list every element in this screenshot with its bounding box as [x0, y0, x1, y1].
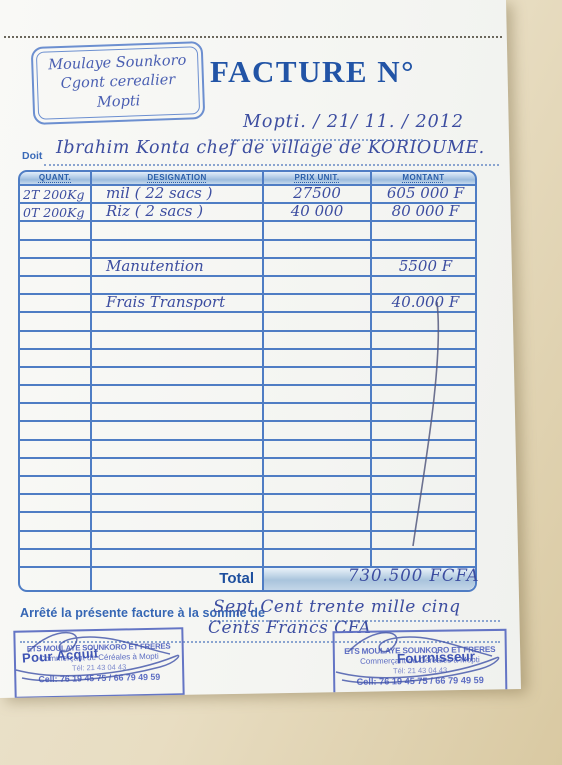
table-cell-quant: [20, 441, 92, 457]
table-cell-quant: [20, 532, 92, 548]
table-cell-montant: [372, 459, 475, 475]
merchant-city: Mopti: [97, 92, 141, 113]
merchant-role: Cgont cerealier: [60, 71, 175, 95]
table-cell-montant: [372, 495, 475, 511]
table-cell-designation: [92, 277, 264, 293]
table-row: [20, 495, 475, 513]
header-montant: MONTANT: [372, 172, 475, 184]
table-cell-quant: [20, 350, 92, 366]
table-cell-quant: [20, 332, 92, 348]
table-cell-quant: [20, 495, 92, 511]
paper-shadow-wrap: Moulaye Sounkoro Cgont cerealier Mopti F…: [0, 0, 522, 700]
table-cell-designation: [92, 532, 264, 548]
table-cell-quant: [20, 313, 92, 329]
table-cell-prix: 27500: [264, 186, 372, 202]
table-cell-montant: 80 000 F: [372, 204, 475, 220]
table-cell-quant: [20, 368, 92, 384]
table-cell-quant: [20, 477, 92, 493]
table-row: [20, 222, 475, 240]
table-cell-designation: [92, 422, 264, 438]
table-cell-montant: [372, 313, 475, 329]
table-cell-montant: [372, 404, 475, 420]
table-cell-designation: [92, 477, 264, 493]
table-cell-montant: [372, 222, 475, 238]
table-cell-quant: [20, 513, 92, 529]
table-row: [20, 313, 475, 331]
table-row: 0T 200KgRiz ( 2 sacs )40 00080 000 F: [20, 204, 475, 222]
billed-to-name: Ibrahim Konta chef de village de KORIOUM…: [56, 138, 485, 158]
table-cell-prix: [264, 477, 372, 493]
table-cell-quant: [20, 222, 92, 238]
table-cell-quant: [20, 277, 92, 293]
invoice-date: Mopti. / 21/ 11. / 2012: [243, 112, 464, 132]
table-row: [20, 350, 475, 368]
table-cell-designation: [92, 368, 264, 384]
table-cell-prix: [264, 550, 372, 566]
total-label: Total: [92, 568, 264, 590]
table-cell-montant: 605 000 F: [372, 186, 475, 202]
table-row: [20, 477, 475, 495]
table-cell-prix: [264, 441, 372, 457]
stamp-cell-phone: Cell: 76 19 45 75 / 66 79 49 59: [335, 675, 505, 687]
table-cell-montant: [372, 350, 475, 366]
table-cell-prix: [264, 532, 372, 548]
table-cell-quant: 0T 200Kg: [20, 204, 92, 220]
table-cell-montant: [372, 332, 475, 348]
table-cell-montant: [372, 513, 475, 529]
table-cell-montant: [372, 532, 475, 548]
table-cell-designation: [92, 513, 264, 529]
table-row: [20, 513, 475, 531]
table-cell-designation: [92, 313, 264, 329]
table-cell-designation: [92, 241, 264, 257]
table-cell-quant: [20, 295, 92, 311]
table-cell-montant: [372, 241, 475, 257]
table-cell-prix: [264, 313, 372, 329]
table-row: [20, 532, 475, 550]
fournisseur-label: Fournisseur: [397, 649, 475, 667]
invoice-paper: Moulaye Sounkoro Cgont cerealier Mopti F…: [0, 0, 522, 700]
total-amount: 730.500 FCFA: [348, 566, 479, 585]
stamp-cell-phone: Cell: 76 19 45 75 / 66 79 49 59: [16, 671, 182, 684]
table-cell-prix: [264, 459, 372, 475]
perforation-dotted-line: [4, 36, 502, 38]
table-cell-montant: [372, 550, 475, 566]
table-cell-montant: 40.000 F: [372, 295, 475, 311]
table-cell-prix: [264, 277, 372, 293]
table-cell-designation: [92, 550, 264, 566]
doit-label: Doit: [22, 150, 42, 162]
table-cell-quant: [20, 422, 92, 438]
table-cell-montant: [372, 422, 475, 438]
table-row: [20, 441, 475, 459]
amount-in-words-line1: Sept Cent trente mille cinq: [213, 597, 461, 617]
header-quant: QUANT.: [20, 172, 92, 184]
table-cell-designation: Manutention: [92, 259, 264, 275]
table-cell-prix: [264, 386, 372, 402]
table-cell-quant: 2T 200Kg: [20, 186, 92, 202]
table-cell-prix: [264, 332, 372, 348]
total-shaded-area: 730.500 FCFA: [264, 568, 475, 590]
table-cell-montant: [372, 386, 475, 402]
table-cell-quant: [20, 241, 92, 257]
table-cell-designation: mil ( 22 sacs ): [92, 186, 264, 202]
header-prix-unit: PRIX UNIT.: [264, 172, 372, 184]
table-cell-prix: [264, 222, 372, 238]
table-cell-designation: Frais Transport: [92, 295, 264, 311]
table-cell-montant: [372, 277, 475, 293]
table-cell-designation: [92, 350, 264, 366]
merchant-stamp-box-inner: Moulaye Sounkoro Cgont cerealier Mopti: [36, 46, 200, 120]
table-row: Manutention5500 F: [20, 259, 475, 277]
table-cell-designation: [92, 386, 264, 402]
table-cell-prix: [264, 495, 372, 511]
table-row: [20, 386, 475, 404]
table-cell-quant: [20, 550, 92, 566]
table-cell-prix: [264, 513, 372, 529]
table-cell-prix: [264, 259, 372, 275]
table-cell-prix: [264, 350, 372, 366]
table-cell-designation: [92, 441, 264, 457]
supplier-stamp-right: ETS MOULAYE SOUNKORO ET FRERES Commerçan…: [333, 629, 508, 703]
table-cell-montant: [372, 368, 475, 384]
total-spacer-cell: [20, 568, 92, 590]
table-cell-quant: [20, 404, 92, 420]
header-designation: DESIGNATION: [92, 172, 264, 184]
table-row: [20, 422, 475, 440]
invoice-table-body: 2T 200Kgmil ( 22 sacs )27500605 000 F0T …: [18, 186, 477, 568]
table-cell-designation: [92, 332, 264, 348]
table-cell-designation: [92, 459, 264, 475]
table-cell-prix: [264, 241, 372, 257]
table-row: [20, 332, 475, 350]
invoice-table: QUANT. DESIGNATION PRIX UNIT. MONTANT 2T…: [18, 170, 477, 592]
table-total-row: Total 730.500 FCFA: [18, 568, 477, 592]
table-cell-montant: 5500 F: [372, 259, 475, 275]
table-cell-prix: [264, 295, 372, 311]
table-cell-designation: [92, 222, 264, 238]
merchant-stamp-box: Moulaye Sounkoro Cgont cerealier Mopti: [31, 41, 206, 125]
table-row: [20, 404, 475, 422]
table-cell-designation: [92, 404, 264, 420]
table-row: Frais Transport40.000 F: [20, 295, 475, 313]
table-cell-montant: [372, 441, 475, 457]
table-row: [20, 459, 475, 477]
table-cell-designation: [92, 495, 264, 511]
table-cell-designation: Riz ( 2 sacs ): [92, 204, 264, 220]
table-row: [20, 368, 475, 386]
scanned-invoice-scene: Moulaye Sounkoro Cgont cerealier Mopti F…: [0, 0, 562, 765]
table-cell-quant: [20, 386, 92, 402]
table-cell-quant: [20, 459, 92, 475]
table-cell-quant: [20, 259, 92, 275]
table-cell-prix: [264, 422, 372, 438]
doit-dotted-leader: [44, 164, 499, 166]
table-cell-montant: [372, 477, 475, 493]
table-cell-prix: [264, 404, 372, 420]
table-cell-prix: 40 000: [264, 204, 372, 220]
table-cell-prix: [264, 368, 372, 384]
invoice-title: FACTURE N°: [210, 54, 415, 90]
